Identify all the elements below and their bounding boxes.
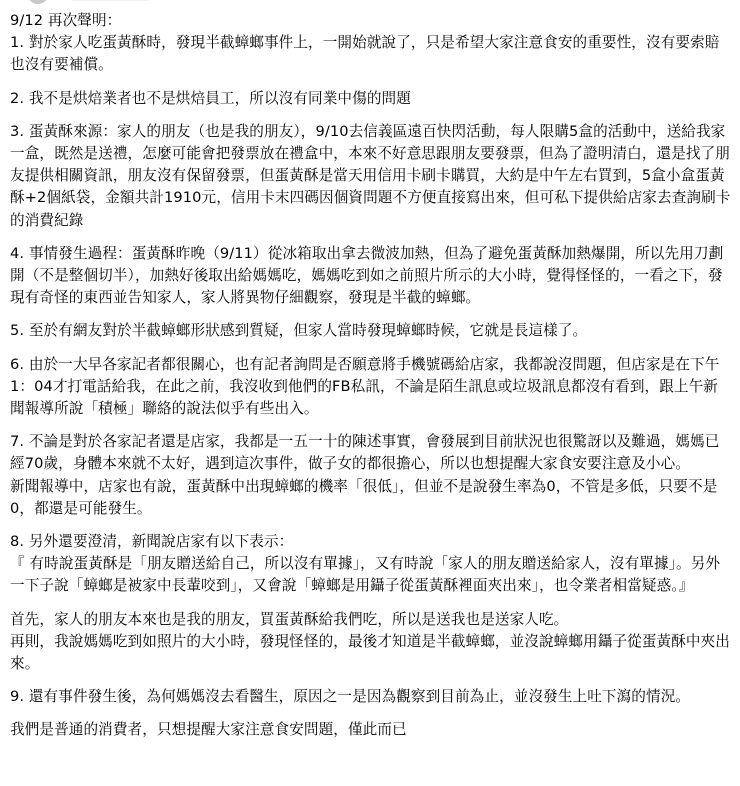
- paragraph-9: 9. 還有事件發生後，為何媽媽沒去看醫生，原因之一是因為觀察到目前為止，並沒發生…: [10, 686, 732, 708]
- avatar[interactable]: [28, 0, 48, 4]
- paragraph-3: 3. 蛋黃酥來源：家人的朋友（也是我的朋友），9/10去信義區遠百快閃活動，每人…: [10, 121, 732, 232]
- paragraph-4: 4. 事情發生過程：蛋黃酥昨晚（9/11）從冰箱取出拿去微波加熱，但為了避免蛋黃…: [10, 243, 732, 310]
- post-heading: 9/12 再次聲明：: [10, 10, 732, 32]
- paragraph-5: 5. 至於有網友對於半截蟑螂形狀感到質疑，但家人當時發現蟑螂時候，它就是長這樣了…: [10, 320, 732, 342]
- paragraph-response: 首先，家人的朋友本來也是我的朋友，買蛋黃酥給我們吃，所以是送我也是送家人吃。 再…: [10, 609, 732, 676]
- post-body: 9/12 再次聲明： 1. 對於家人吃蛋黃酥時，發現半截蟑螂事件上，一開始就說了…: [10, 10, 732, 753]
- paragraph-text: 8. 另外還要澄清，新聞說店家有以下表示：: [10, 531, 732, 553]
- paragraph-text: 5. 至於有網友對於半截蟑螂形狀感到質疑，但家人當時發現蟑螂時候，它就是長這樣了…: [10, 320, 732, 342]
- paragraph-closing: 我們是普通的消費者，只想提醒大家注意食安問題，僅此而已: [10, 719, 732, 741]
- paragraph-7: 7. 不論是對於各家記者還是店家，我都是一五一十的陳述事實，會發展到目前狀況也很…: [10, 431, 732, 520]
- paragraph-text: 再則，我說媽媽吃到如照片的大小時，發現怪怪的，最後才知道是半截蟑螂，並沒說蟑螂用…: [10, 631, 732, 675]
- paragraph-text: 7. 不論是對於各家記者還是店家，我都是一五一十的陳述事實，會發展到目前狀況也很…: [10, 431, 732, 475]
- paragraph-text: 4. 事情發生過程：蛋黃酥昨晚（9/11）從冰箱取出拿去微波加熱，但為了避免蛋黃…: [10, 243, 732, 310]
- paragraph-6: 6. 由於一大早各家記者都很關心，也有記者詢問是否願意將手機號碼給店家，我都說沒…: [10, 354, 732, 421]
- heading-text: 9/12 再次聲明：: [10, 10, 732, 32]
- paragraph-text: 1. 對於家人吃蛋黃酥時，發現半截蟑螂事件上，一開始就說了，只是希望大家注意食安…: [10, 32, 732, 76]
- paragraph-text: 2. 我不是烘焙業者也不是烘焙員工，所以沒有同業中傷的問題: [10, 88, 732, 110]
- paragraph-text: 首先，家人的朋友本來也是我的朋友，買蛋黃酥給我們吃，所以是送我也是送家人吃。: [10, 609, 732, 631]
- paragraph-1: 1. 對於家人吃蛋黃酥時，發現半截蟑螂事件上，一開始就說了，只是希望大家注意食安…: [10, 32, 732, 76]
- author-name-placeholder[interactable]: [70, 0, 150, 1]
- paragraph-text: 新聞報導中，店家也有說，蛋黃酥中出現蟑螂的機率「很低」，但並不是說發生率為0，不…: [10, 476, 732, 520]
- paragraph-text: 9. 還有事件發生後，為何媽媽沒去看醫生，原因之一是因為觀察到目前為止，並沒發生…: [10, 686, 732, 708]
- paragraph-2: 2. 我不是烘焙業者也不是烘焙員工，所以沒有同業中傷的問題: [10, 88, 732, 110]
- paragraph-text: 6. 由於一大早各家記者都很關心，也有記者詢問是否願意將手機號碼給店家，我都說沒…: [10, 354, 732, 421]
- paragraph-text: 我們是普通的消費者，只想提醒大家注意食安問題，僅此而已: [10, 719, 732, 741]
- quoted-statement: 『 有時說蛋黃酥是「朋友贈送給自己，所以沒有單據」，又有時說「家人的朋友贈送給家…: [10, 553, 732, 597]
- paragraph-text: 3. 蛋黃酥來源：家人的朋友（也是我的朋友），9/10去信義區遠百快閃活動，每人…: [10, 121, 732, 232]
- post-header-remnant: [0, 0, 740, 6]
- paragraph-8: 8. 另外還要澄清，新聞說店家有以下表示： 『 有時說蛋黃酥是「朋友贈送給自己，…: [10, 531, 732, 598]
